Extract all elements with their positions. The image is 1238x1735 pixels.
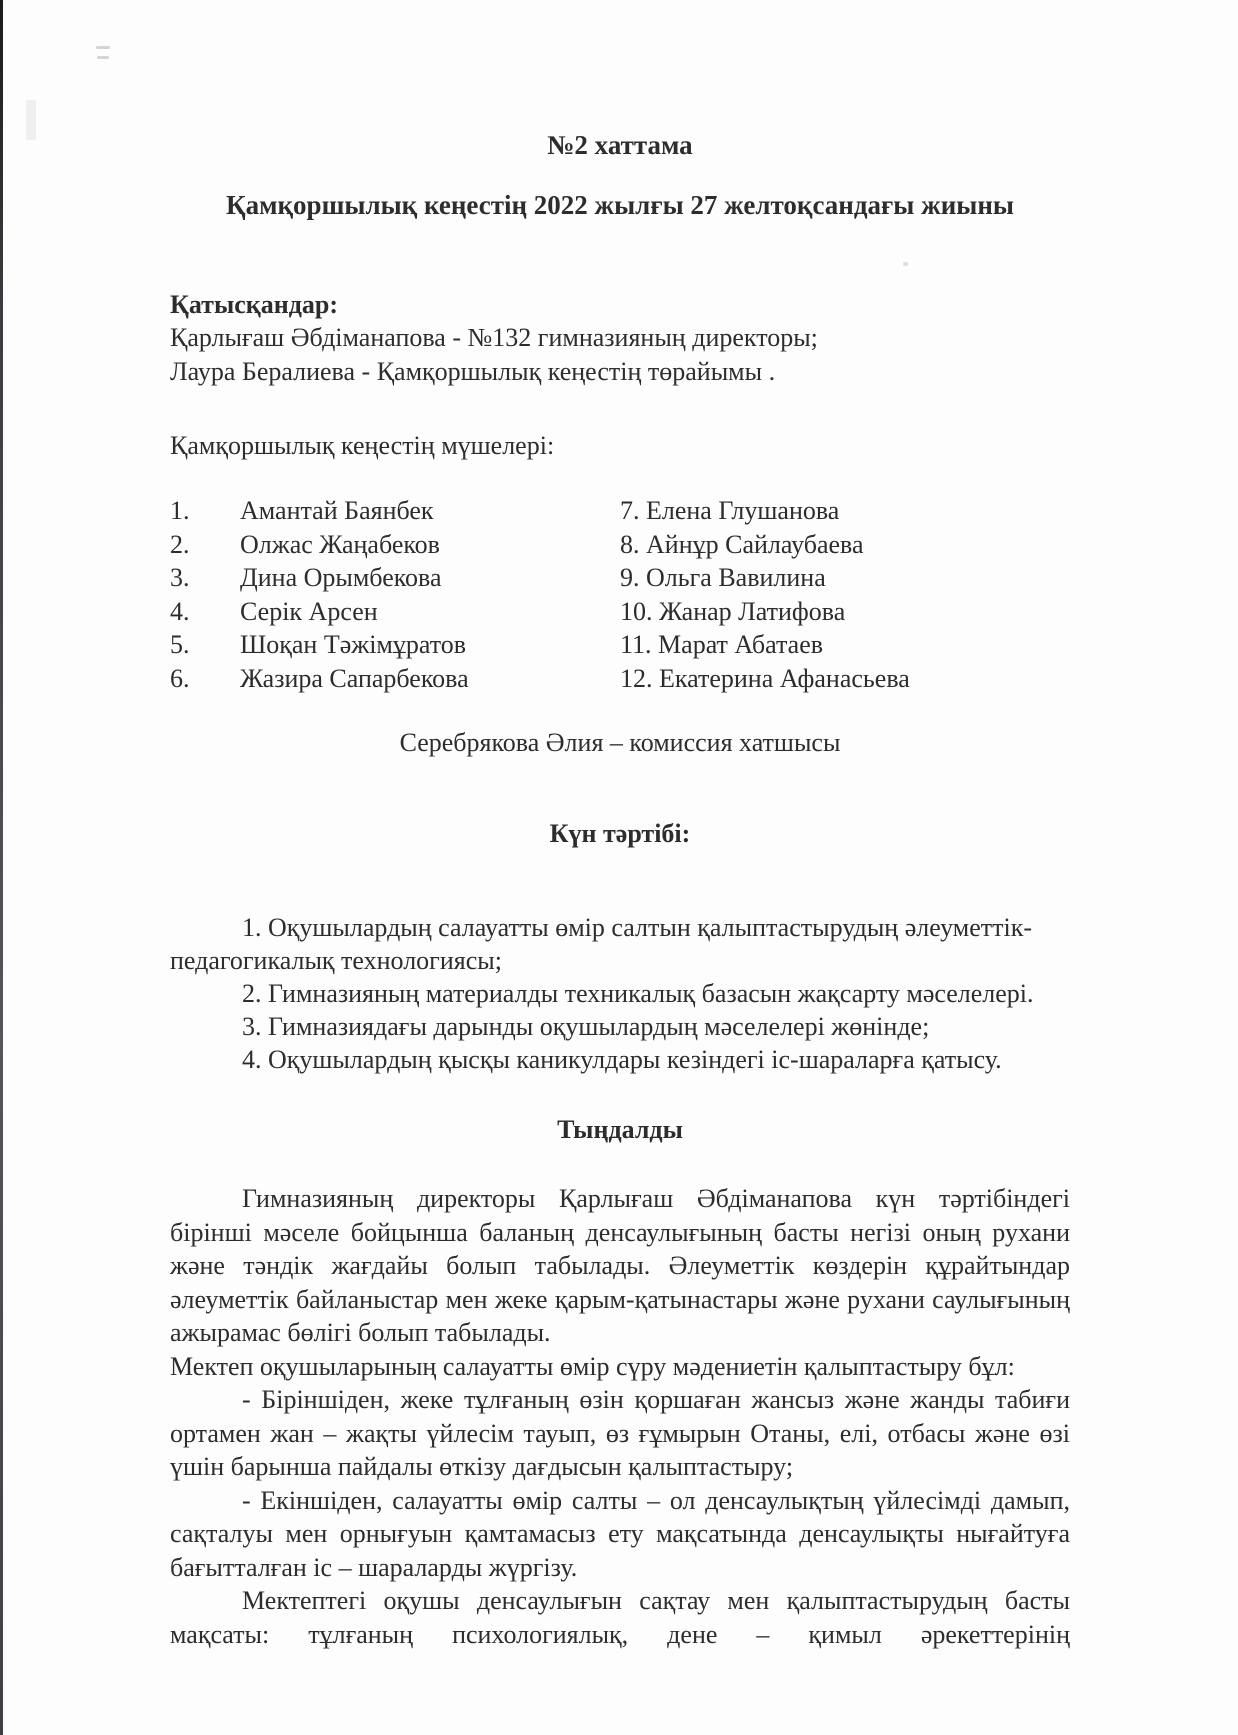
body-paragraph: - Екіншіден, салауатты өмір салты – ол д…	[170, 1484, 1070, 1585]
secretary-line: Серебрякова Әлия – комиссия хатшысы	[170, 726, 1070, 760]
scanned-protocol-page: №2 хаттама Қамқоршылық кеңестің 2022 жыл…	[0, 0, 1238, 1735]
member-name: Жазира Сапарбекова	[240, 664, 469, 693]
document-content: №2 хаттама Қамқоршылық кеңестің 2022 жыл…	[170, 0, 1070, 1651]
member-item: 9. Ольга Вавилина	[620, 561, 1070, 595]
member-name: Шоқан Тәжімұратов	[240, 630, 466, 659]
member-number: 4.	[170, 595, 240, 629]
scan-speck	[97, 56, 109, 59]
members-column-left: 1.Амантай Баянбек 2.Олжас Жаңабеков 3.Ди…	[170, 494, 620, 695]
member-item: 8. Айнұр Сайлаубаева	[620, 528, 1070, 562]
agenda-item: 2. Гимназияның материалды техникалық баз…	[170, 977, 1070, 1010]
agenda-list: 1. Оқушылардың салауатты өмір салтын қал…	[170, 911, 1070, 1076]
member-item: 5.Шоқан Тәжімұратов	[170, 628, 620, 662]
document-subtitle: Қамқоршылық кеңестің 2022 жылғы 27 желто…	[170, 188, 1070, 222]
member-item: 3.Дина Орымбекова	[170, 561, 620, 595]
participants-heading: Қатысқандар:	[170, 288, 1070, 321]
member-item: 10. Жанар Латифова	[620, 595, 1070, 629]
participant-line: Лаура Бералиева - Қамқоршылық кеңестің т…	[170, 355, 1070, 389]
members-heading: Қамқоршылық кеңестің мүшелері:	[170, 429, 1070, 462]
member-name: Серік Арсен	[240, 597, 378, 626]
participant-line: Қарлығаш Әбдіманапова - №132 гимназияның…	[170, 321, 1070, 355]
body-paragraph: Мектептегі оқушы денсаулығын сақтау мен …	[170, 1584, 1070, 1651]
member-name: Олжас Жаңабеков	[240, 530, 440, 559]
member-name: Амантай Баянбек	[240, 496, 434, 525]
member-number: 2.	[170, 528, 240, 562]
document-title: №2 хаттама	[170, 128, 1070, 162]
members-column-right: 7. Елена Глушанова 8. Айнұр Сайлаубаева …	[620, 494, 1070, 695]
heard-heading: Тыңдалды	[170, 1113, 1070, 1146]
member-item: 11. Марат Абатаев	[620, 628, 1070, 662]
member-number: 5.	[170, 628, 240, 662]
member-item: 2.Олжас Жаңабеков	[170, 528, 620, 562]
member-number: 3.	[170, 561, 240, 595]
member-item: 6.Жазира Сапарбекова	[170, 662, 620, 696]
members-list: 1.Амантай Баянбек 2.Олжас Жаңабеков 3.Ди…	[170, 494, 1070, 695]
body-paragraph: Мектеп оқушыларының салауатты өмір сүру …	[170, 1350, 1070, 1384]
member-name: Дина Орымбекова	[240, 563, 442, 592]
body-paragraph: Гимназияның директоры Қарлығаш Әбдіманап…	[170, 1182, 1070, 1350]
agenda-heading: Күн тәртібі:	[170, 817, 1070, 850]
scan-speck	[26, 100, 36, 140]
member-number: 1.	[170, 494, 240, 528]
heard-body: Гимназияның директоры Қарлығаш Әбдіманап…	[170, 1182, 1070, 1651]
scan-speck	[96, 46, 110, 49]
agenda-item: 3. Гимназиядағы дарынды оқушылардың мәсе…	[170, 1010, 1070, 1043]
body-paragraph: - Біріншіден, жеке тұлғаның өзін қоршаға…	[170, 1383, 1070, 1484]
member-item: 7. Елена Глушанова	[620, 494, 1070, 528]
member-item: 1.Амантай Баянбек	[170, 494, 620, 528]
member-number: 6.	[170, 662, 240, 696]
agenda-item: 1. Оқушылардың салауатты өмір салтын қал…	[170, 911, 1070, 977]
member-item: 4.Серік Арсен	[170, 595, 620, 629]
member-item: 12. Екатерина Афанасьева	[620, 662, 1070, 696]
scan-edge-artifact	[0, 0, 3, 1735]
agenda-item: 4. Оқушылардың қысқы каникулдары кезінде…	[170, 1043, 1070, 1076]
